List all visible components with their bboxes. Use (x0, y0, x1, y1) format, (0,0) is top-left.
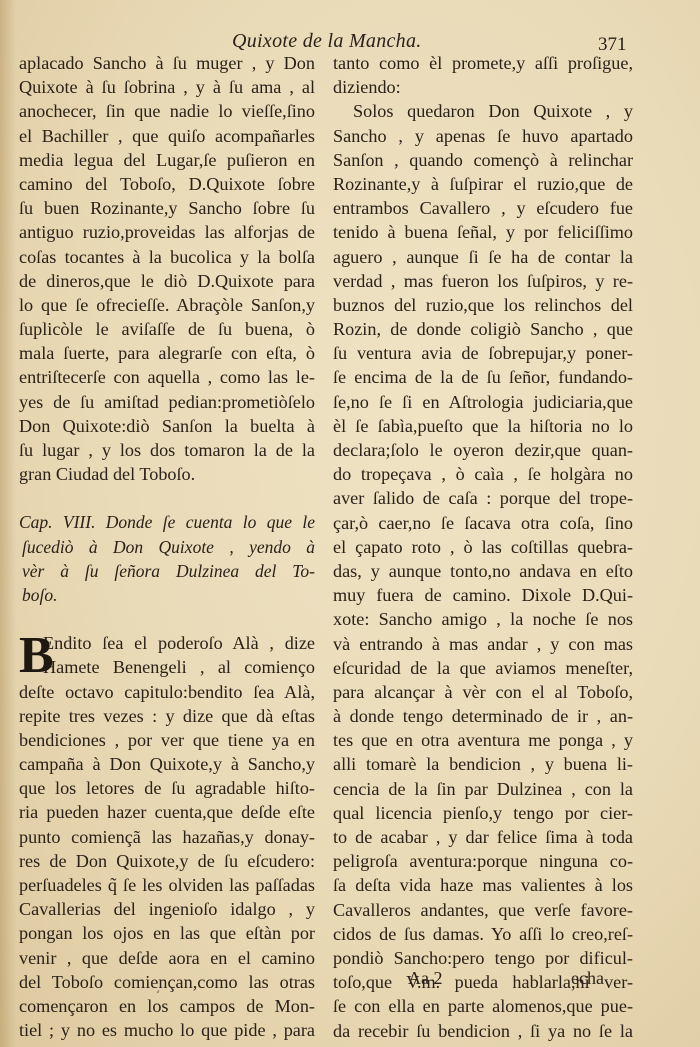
text-line: xote: Sancho amigo , la noche ſe nos (333, 607, 633, 631)
text-line: peligroſa aventura:porque ninguna co- (333, 849, 633, 873)
running-head-title: Quixote de la Mancha. (232, 30, 422, 53)
text-line: ſe,no ſe ſi en Aſtrologia judiciaria,que (333, 390, 633, 414)
text-line: Solos quedaron Don Quixote , y (333, 99, 633, 123)
text-line: Cavallerias del ingenioſo idalgo , y (19, 897, 315, 921)
text-line: tenido à buena ſeñal, y por feliciſſimo (333, 220, 633, 244)
text-line: media legua del Lugar,ſe puſieron en (19, 148, 315, 172)
text-line: Quixote à ſu ſobrina , y à ſu ama , al (19, 75, 315, 99)
signature-mark: Aa 2 (408, 968, 443, 989)
text-line: perſuadeles q̃ ſe les olviden las paſſad… (19, 873, 315, 897)
text-line: eſcuridad de la que aviamos meneſter, (333, 656, 633, 680)
text-line: tiel ; y no es mucho lo que pide , para (19, 1018, 315, 1042)
left-column-opening-paragraph: aplacado Sancho à ſu muger , y Don Quixo… (19, 51, 315, 486)
text-line: gran Ciudad del Toboſo. (19, 462, 315, 486)
text-line: camino del Toboſo, D.Quixote ſobre (19, 172, 315, 196)
text-line: do tropeçava , ò caìa , ſe holgàra no (333, 462, 633, 486)
text-line: çar,ò caer,no ſe ſacava otra coſa, ſino (333, 511, 633, 535)
stray-ink-mark: ʻ (156, 988, 160, 1002)
chapter-heading-line: boſo. (19, 583, 315, 607)
text-line: declara;ſolo le oyeron dezir,que quan- (333, 438, 633, 462)
drop-cap-initial: B (19, 634, 54, 678)
text-line: antiguo ruzio,proveidas las alforjas de (19, 220, 315, 244)
text-line: buznos del ruzio,que los relinchos del (333, 293, 633, 317)
text-line: èl ſe ſabìa,pueſto que la hiſtoria no lo (333, 414, 633, 438)
text-line: alli tomarè la bendicion , y buena li- (333, 752, 633, 776)
text-line: de dineros,que le diò D.Quixote para (19, 269, 315, 293)
chapter-heading: Cap. VIII. Donde ſe cuenta lo que le ſuc… (19, 510, 315, 607)
text-line: yes de ſu amiſtad pedian:prometiòſelo (19, 390, 315, 414)
catchword: echa (571, 968, 604, 989)
spacer (19, 607, 315, 631)
text-line: qual licencia pienſo,y tengo por cier- (333, 801, 633, 825)
text-line: verdad , mas fueron los ſuſpiros, y re- (333, 269, 633, 293)
right-column: tanto como èl promete,y aſſi proſigue, d… (333, 51, 633, 1043)
text-line: pondiò Sancho:pero tengo por dificul- (333, 946, 633, 970)
text-line: pongan los ojos en las que eſtàn por (19, 921, 315, 945)
text-line: Don Quixote:diò Sanſon la buelta à (19, 414, 315, 438)
text-line: das, y aunque tonto,no andava en eſto (333, 559, 633, 583)
left-column: aplacado Sancho à ſu muger , y Don Quixo… (19, 51, 315, 1042)
spacer (19, 486, 315, 510)
text-line: aplacado Sancho à ſu muger , y Don (19, 51, 315, 75)
text-line: ſe con ella en parte alomenos,que pue- (333, 994, 633, 1018)
text-line: Sanſon , quando començò à relinchar (333, 148, 633, 172)
text-line: el çapato roto , ò las coſtillas quebra- (333, 535, 633, 559)
text-line: tanto como èl promete,y aſſi proſigue, (333, 51, 633, 75)
text-line: tes que en otra aventura me ponga , y (333, 728, 633, 752)
text-line: mala ſuerte, para alegrarſe con eſta, ò (19, 341, 315, 365)
text-line: punto comiençã las hazañas,y donay- (19, 825, 315, 849)
text-line: entrambos Cavallero , y eſcudero fue (333, 196, 633, 220)
text-line: aver ſalido de caſa : porque del trope- (333, 486, 633, 510)
text-line: para alcançar à vèr con el al Toboſo, (333, 680, 633, 704)
text-line: campaña à Don Quixote,y à Sancho,y (19, 752, 315, 776)
book-page: Quixote de la Mancha. 371 aplacado Sanch… (0, 0, 700, 1047)
text-line: deſte octavo capitulo:bendito ſea Alà, (19, 680, 315, 704)
text-line: ſuplicòle le aviſaſſe de ſu buena, ò (19, 317, 315, 341)
text-line: bendiciones , por ver que tiene ya en (19, 728, 315, 752)
text-line: Sancho , y apenas ſe huvo apartado (333, 124, 633, 148)
text-line: repite tres vezes : y dize que dà eſtas (19, 704, 315, 728)
page-footer: Aa 2 echa (0, 968, 700, 992)
text-line: el Bachiller , que quiſo acompañarles (19, 124, 315, 148)
text-line: ſu lugar , y los dos tomaron la de la (19, 438, 315, 462)
text-line: ria pueden hazer cuenta,que deſde eſte (19, 800, 315, 824)
text-line: Rozin, de donde coligiò Sancho , que (333, 317, 633, 341)
text-line: començaron en los campos de Mon- (19, 994, 315, 1018)
text-line: que los letores de ſu agradable hiſto- (19, 776, 315, 800)
text-line: diziendo: (333, 75, 633, 99)
text-line: ſe encima de la de ſu ſeñor, fundando- (333, 365, 633, 389)
text-line: ſu ventura avia de ſobrepujar,y poner- (333, 341, 633, 365)
text-line: cencia de la ſin par Dulzinea , con la (333, 777, 633, 801)
text-line: coſas tocantes à la bucolica y la bolſa (19, 245, 315, 269)
text-line: muy fuera de camino. Dixole D.Qui- (333, 583, 633, 607)
text-line: ſu buen Rozinante,y Sancho ſobre ſu (19, 196, 315, 220)
text-line: và entrando à mas andar , y con mas (333, 632, 633, 656)
text-line: aguero , aunque ſi ſe ha de contar la (333, 245, 633, 269)
text-line: to de acabar , y dar felice ſima à toda (333, 825, 633, 849)
text-line: Endito ſea el poderoſo Alà , dize (19, 631, 315, 655)
text-line: cidos de ſus damas. Yo aſſi lo creo,reſ- (333, 922, 633, 946)
text-line: Rozinante,y à ſuſpirar el ruzio,que de (333, 172, 633, 196)
chapter-heading-line: ſucediò à Don Quixote , yendo à (19, 535, 315, 559)
text-line: entriſtecerſe con aquella , como las le- (19, 365, 315, 389)
text-line: venir , que deſde aora en el camino (19, 946, 315, 970)
chapter-heading-line: vèr à ſu ſeñora Dulzinea del To- (19, 559, 315, 583)
page-gutter-shadow (0, 0, 16, 1047)
text-line: res de Don Quixote,y de ſu eſcudero: (19, 849, 315, 873)
text-line: Hamete Benengeli , al comienço (19, 655, 315, 679)
text-line: anochecer, ſin que nadie lo vieſſe,ſino (19, 99, 315, 123)
text-line: à donde tengo determinado de ir , an- (333, 704, 633, 728)
text-line: ſa deſta vida haze mas valientes à los (333, 873, 633, 897)
text-line: da recebir ſu bendicion , ſi ya no ſe la (333, 1019, 633, 1043)
chapter-heading-line: Cap. VIII. Donde ſe cuenta lo que le (19, 510, 315, 534)
text-line: Cavalleros andantes, que verſe favore- (333, 898, 633, 922)
text-line: lo que ſe ofrecieſſe. Abraçòle Sanſon,y (19, 293, 315, 317)
